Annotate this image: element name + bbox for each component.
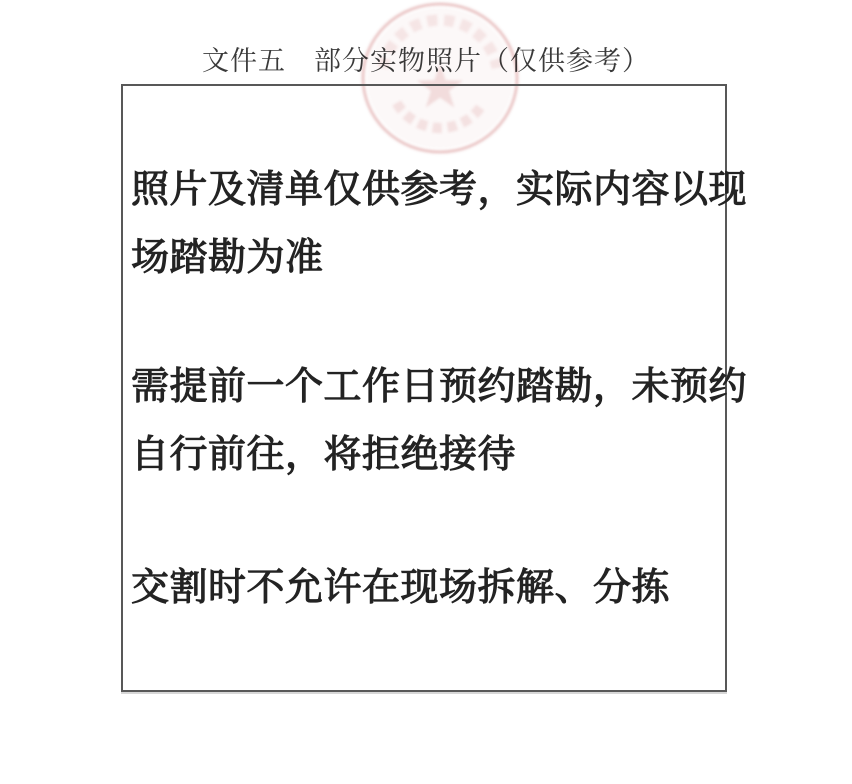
notice-line: 需提前一个工作日预约踏勘，未预约 [131, 352, 725, 420]
notice-paragraph: 需提前一个工作日预约踏勘，未预约 自行前往，将拒绝接待 [131, 352, 725, 488]
notice-line: 照片及清单仅供参考，实际内容以现 [131, 155, 725, 223]
notice-paragraph: 交割时不允许在现场拆解、分拣 [131, 553, 725, 621]
notice-line: 自行前往，将拒绝接待 [131, 420, 725, 488]
notice-line: 交割时不允许在现场拆解、分拣 [131, 553, 725, 621]
notice-paragraph: 照片及清单仅供参考，实际内容以现 场踏勘为准 [131, 155, 725, 291]
notice-line: 场踏勘为准 [131, 223, 725, 291]
notice-box: 照片及清单仅供参考，实际内容以现 场踏勘为准 需提前一个工作日预约踏勘，未预约 … [121, 84, 727, 692]
document-title: 文件五 部分实物照片（仅供参考） [0, 42, 852, 82]
